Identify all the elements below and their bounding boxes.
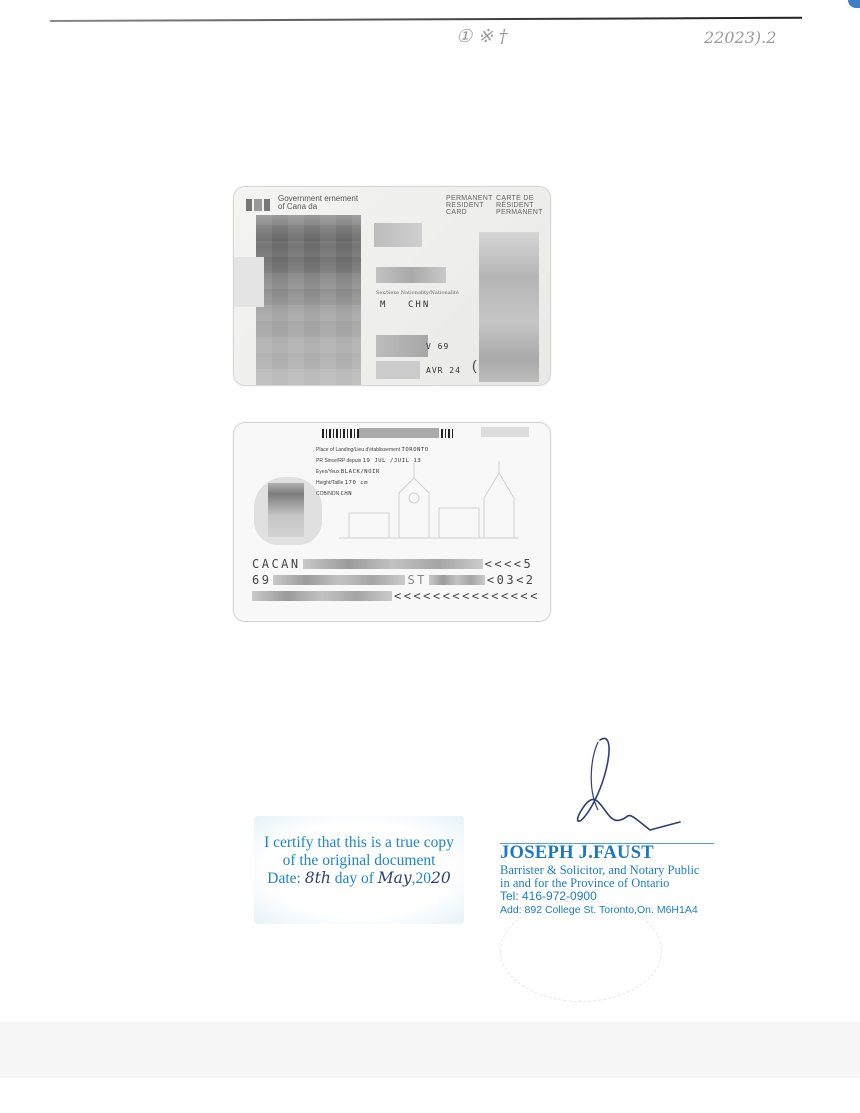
redacted-ghost-image: [479, 232, 539, 382]
scan-shadow-band: [0, 1022, 860, 1078]
canada-flag-icon: [246, 199, 270, 211]
sex-nationality-label: Sex/Sexe Nationality/Nationalité: [376, 290, 459, 296]
pr-since-row: PR Since/RP depuis 19 JUL /JUIL 13: [316, 456, 429, 467]
height-row: Height/Taille 170 cm: [316, 478, 429, 489]
notary-signature: [560, 730, 710, 845]
birth-date-partial: V 69: [426, 342, 449, 351]
certify-line-2: of the original document: [254, 852, 464, 869]
card-title-en: PERMANENT RESIDENT CARD: [446, 195, 493, 216]
mrz-line-2: 69 ST <03<2: [252, 573, 536, 587]
redacted-birth-date: [376, 335, 428, 357]
redacted-barcode-number: [359, 428, 439, 438]
header-rule: [50, 17, 802, 22]
nationality-value: CHN: [408, 300, 430, 310]
handwritten-day: 8th: [305, 869, 331, 887]
notary-address: Add: 892 College St. Toronto,On. M6H1A4: [500, 904, 698, 917]
signature-fragment: (: [472, 357, 477, 373]
mrz-line-3: <<<<<<<<<<<<<<<: [252, 589, 540, 603]
scan-corner-mark: [848, 0, 860, 8]
notary-phone: Tel: 416-972-0900: [500, 890, 597, 903]
notary-name: JOSEPH J.FAUST: [500, 843, 654, 864]
redacted-given-name: [376, 267, 446, 283]
handwritten-note-left: ① ※ †: [456, 26, 508, 47]
redacted-card-number: [481, 427, 529, 437]
expiry-date-partial: AVR 24: [426, 366, 461, 375]
handwritten-year: 20: [431, 869, 451, 887]
card-title-fr: CARTE DE RÉSIDENT PERMANENT: [496, 195, 543, 216]
handwritten-month: May: [378, 869, 412, 887]
country-of-birth-row: COB/NDN CHN: [316, 489, 429, 500]
certification-stamp: I certify that this is a true copy of th…: [254, 816, 464, 924]
certify-line-1: I certify that this is a true copy: [254, 834, 464, 851]
handwritten-note-right: 22023).2: [704, 28, 776, 47]
pr-card-back: Place of Landing/Lieu d'établissement TO…: [233, 422, 551, 622]
eyes-row: Eyes/Yeux BLACK/NOIR: [316, 467, 429, 478]
redacted-photo-edge: [234, 257, 264, 307]
redacted-ghost-photo: [268, 483, 304, 537]
sex-value: M: [380, 300, 387, 310]
issuer-wordmark: Government ernement of Cana da: [278, 195, 358, 211]
redacted-photo: [256, 215, 361, 385]
place-of-landing-row: Place of Landing/Lieu d'établissement TO…: [316, 445, 429, 456]
mrz-line-1: CACAN <<<<5: [252, 557, 533, 571]
certify-date-line: Date: 8th day of May,2020: [254, 870, 464, 887]
redacted-surname: [374, 223, 422, 247]
card-back-details: Place of Landing/Lieu d'établissement TO…: [316, 445, 429, 500]
pr-card-front: Government ernement of Cana da PERMANENT…: [233, 186, 551, 386]
redacted-expiry-date: [376, 361, 420, 379]
